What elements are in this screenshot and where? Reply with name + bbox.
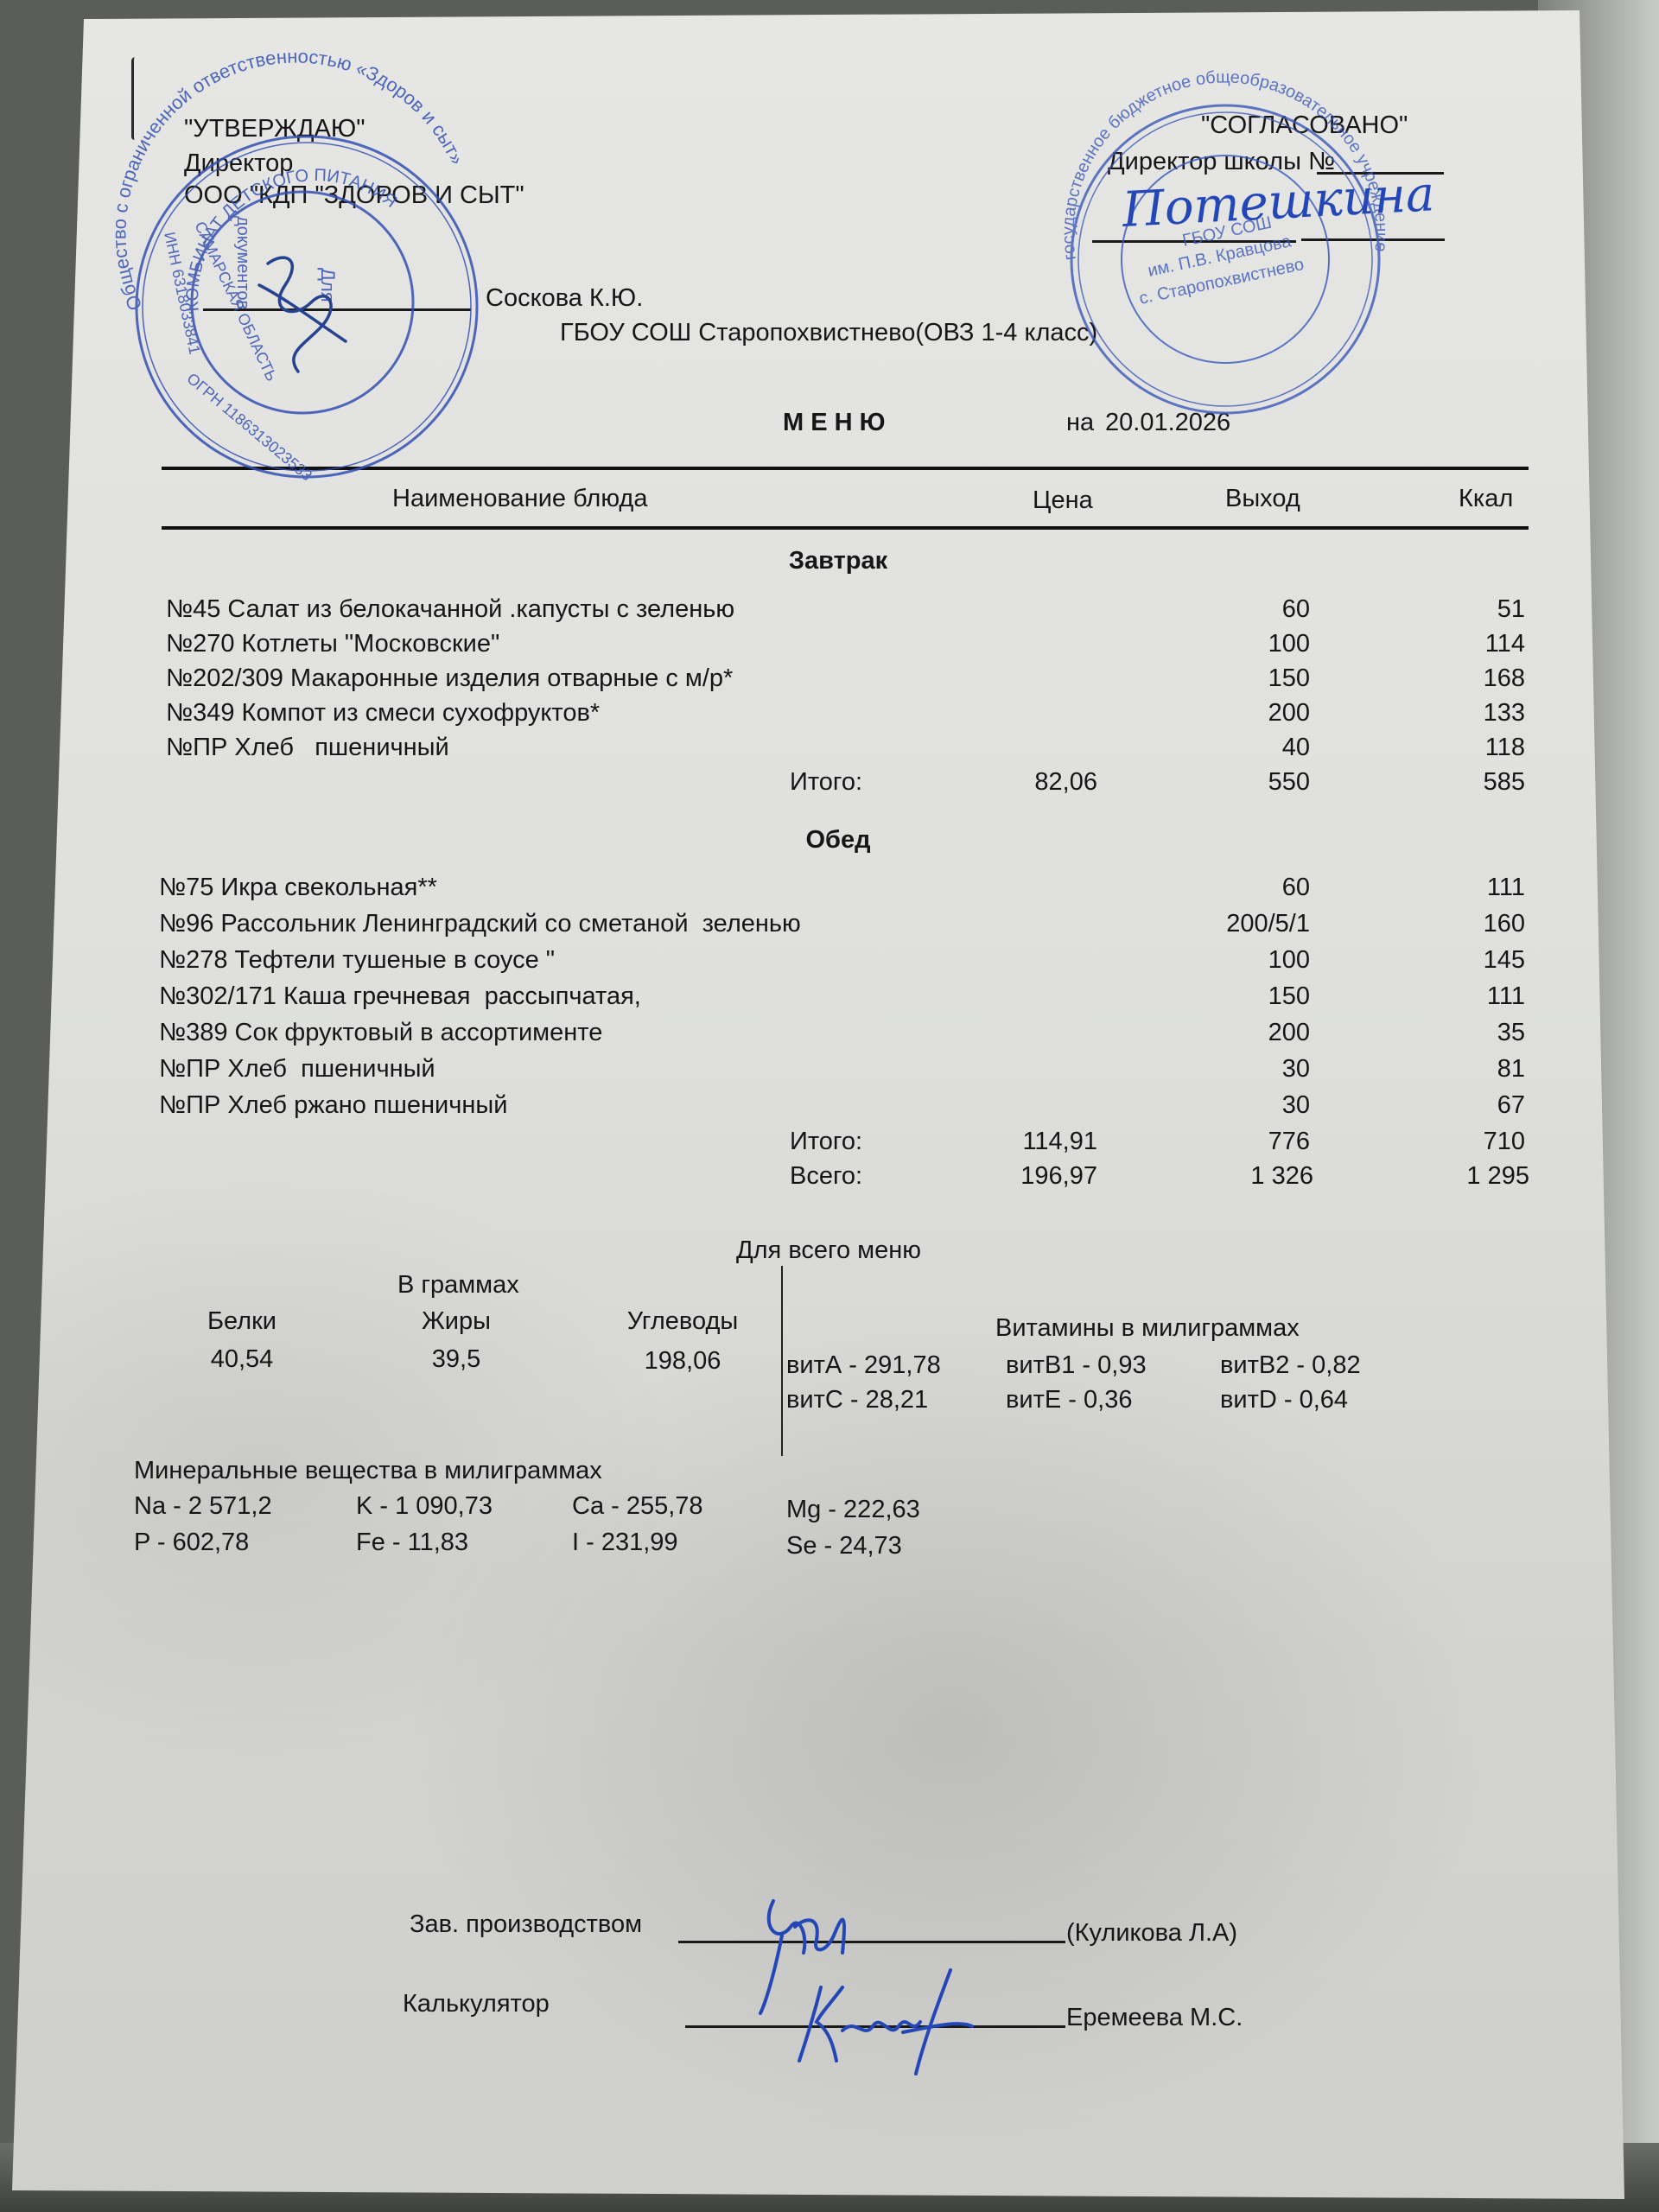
production-signature-icon: [760, 1901, 844, 2013]
stamps-and-signatures: Общество с ограниченной ответственностью…: [0, 0, 1659, 2212]
menu-document: "УТВЕРЖДАЮ" Директор ООО "КДП "ЗДОРОВ И …: [0, 0, 1659, 2212]
calculator-signature-icon: [799, 1970, 972, 2074]
